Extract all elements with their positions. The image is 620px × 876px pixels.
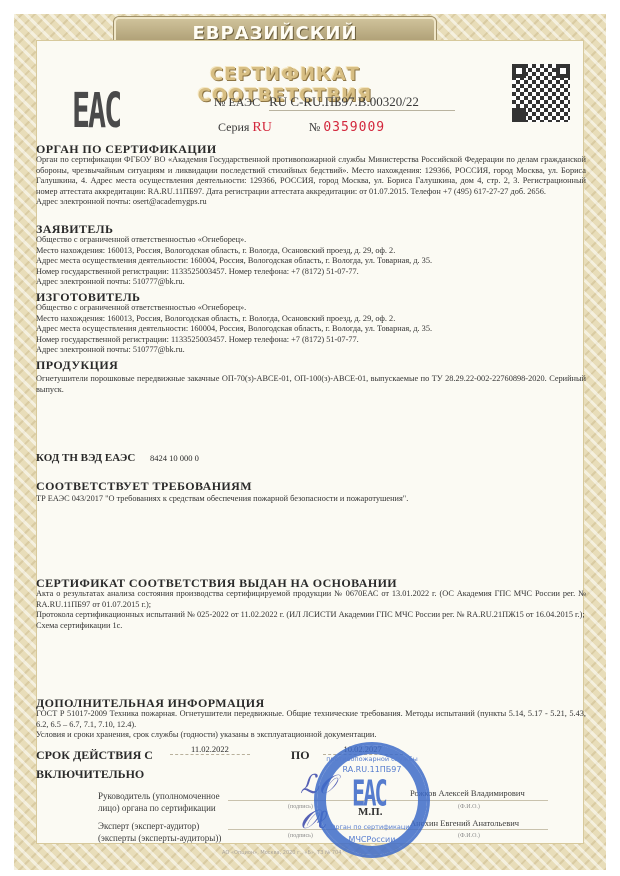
head-label: Руководитель (уполномоченное лицо) орган… xyxy=(98,790,228,814)
basis-line: Акта о результатах анализа состояния про… xyxy=(36,589,586,610)
eaes-number-row: № ЕАЭС RU C-RU.ПБ97.В.00320/22 xyxy=(214,94,455,111)
mp-mark: М.П. xyxy=(358,806,382,818)
applicant-line: Номер государственной регистрации: 11335… xyxy=(36,267,586,278)
organ-email: Адрес электронной почты: osert@academygp… xyxy=(36,197,586,208)
stamp-reg-text: RA.RU.11ПБ97 xyxy=(317,765,427,774)
validity-to-label: ПО xyxy=(291,748,310,762)
eaes-label: № ЕАЭС xyxy=(214,95,260,109)
series-label: Серия xyxy=(218,120,249,134)
product-heading: ПРОДУКЦИЯ xyxy=(36,359,586,371)
tnved-value: 8424 10 000 0 xyxy=(150,453,199,463)
applicant-line: Место нахождения: 160013, Россия, Волого… xyxy=(36,246,586,257)
section-basis: СЕРТИФИКАТ СООТВЕТСТВИЯ ВЫДАН НА ОСНОВАН… xyxy=(36,577,586,631)
validity-from-date: 11.02.2022 xyxy=(170,744,250,755)
series-row: Серия RU № 0359009 xyxy=(218,120,385,136)
eac-logo-icon: ЕАС xyxy=(72,84,120,140)
expert-label: Эксперт (эксперт-аудитор) (эксперты (экс… xyxy=(98,820,238,844)
organ-text: Орган по сертификации ФГБОУ ВО «Академия… xyxy=(36,155,586,197)
section-additional: ДОПОЛНИТЕЛЬНАЯ ИНФОРМАЦИЯ ГОСТ Р 51017-2… xyxy=(36,697,586,741)
additional-line: Условия и сроки хранения, срок службы (г… xyxy=(36,730,586,741)
stamp-bottom-text: Орган по сертификации xyxy=(317,823,427,831)
stamp-foot-text: МЧСРоссии xyxy=(317,835,427,844)
requirements-heading: СООТВЕТСТВУЕТ ТРЕБОВАНИЯМ xyxy=(36,480,586,492)
manufacturer-line: Номер государственной регистрации: 11335… xyxy=(36,335,586,346)
basis-heading: СЕРТИФИКАТ СООТВЕТСТВИЯ ВЫДАН НА ОСНОВАН… xyxy=(36,577,586,589)
tnved-row: КОД ТН ВЭД ЕАЭС 8424 10 000 0 xyxy=(36,452,199,464)
printer-footnote: АО «Опцион», Москва, 2020 г., «Б», ТЗ № … xyxy=(222,850,341,856)
manufacturer-line: Адрес места осуществления деятельности: … xyxy=(36,324,586,335)
head-fio-caption: (Ф.И.О.) xyxy=(458,804,480,810)
manufacturer-line: Общество с ограниченной ответственностью… xyxy=(36,303,586,314)
basis-line: Схема сертификации 1с. xyxy=(36,621,586,632)
manufacturer-line: Адрес электронной почты: 510777@bk.ru. xyxy=(36,345,586,356)
section-applicant: ЗАЯВИТЕЛЬ Общество с ограниченной ответс… xyxy=(36,223,586,288)
tnved-label: КОД ТН ВЭД ЕАЭС xyxy=(36,452,135,464)
organ-heading: ОРГАН ПО СЕРТИФИКАЦИИ xyxy=(36,143,586,155)
product-text: Огнетушители порошковые передвижные зака… xyxy=(36,374,586,395)
validity-from-label: СРОК ДЕЙСТВИЯ С xyxy=(36,748,153,762)
applicant-heading: ЗАЯВИТЕЛЬ xyxy=(36,223,586,235)
expert-fio-caption: (Ф.И.О.) xyxy=(458,833,480,839)
section-requirements: СООТВЕТСТВУЕТ ТРЕБОВАНИЯМ ТР ЕАЭС 043/20… xyxy=(36,480,586,505)
applicant-line: Адрес электронной почты: 510777@bk.ru. xyxy=(36,277,586,288)
applicant-line: Общество с ограниченной ответственностью… xyxy=(36,235,586,246)
qr-code-icon[interactable] xyxy=(512,64,570,122)
section-organ: ОРГАН ПО СЕРТИФИКАЦИИ Орган по сертифика… xyxy=(36,143,586,208)
requirements-text: ТР ЕАЭС 043/2017 "О требованиях к средст… xyxy=(36,494,586,505)
series-value: RU xyxy=(252,120,271,135)
eaes-number: RU C-RU.ПБ97.В.00320/22 xyxy=(269,94,455,111)
section-product: ПРОДУКЦИЯ Огнетушители порошковые передв… xyxy=(36,359,586,395)
applicant-line: Адрес места осуществления деятельности: … xyxy=(36,256,586,267)
basis-line: Протокола сертификационных испытаний № 0… xyxy=(36,610,586,621)
manufacturer-heading: ИЗГОТОВИТЕЛЬ xyxy=(36,291,586,303)
manufacturer-line: Место нахождения: 160013, Россия, Волого… xyxy=(36,314,586,325)
additional-heading: ДОПОЛНИТЕЛЬНАЯ ИНФОРМАЦИЯ xyxy=(36,697,586,709)
stamp-top-text: противопожарной службы xyxy=(317,755,427,763)
section-manufacturer: ИЗГОТОВИТЕЛЬ Общество с ограниченной отв… xyxy=(36,291,586,356)
additional-line: ГОСТ Р 51017-2009 Техника пожарная. Огне… xyxy=(36,709,586,730)
number-label: № xyxy=(309,120,320,134)
blank-number: 0359009 xyxy=(323,120,385,135)
organ-stamp-icon: противопожарной службы RA.RU.11ПБ97 ЕАС … xyxy=(314,742,430,858)
